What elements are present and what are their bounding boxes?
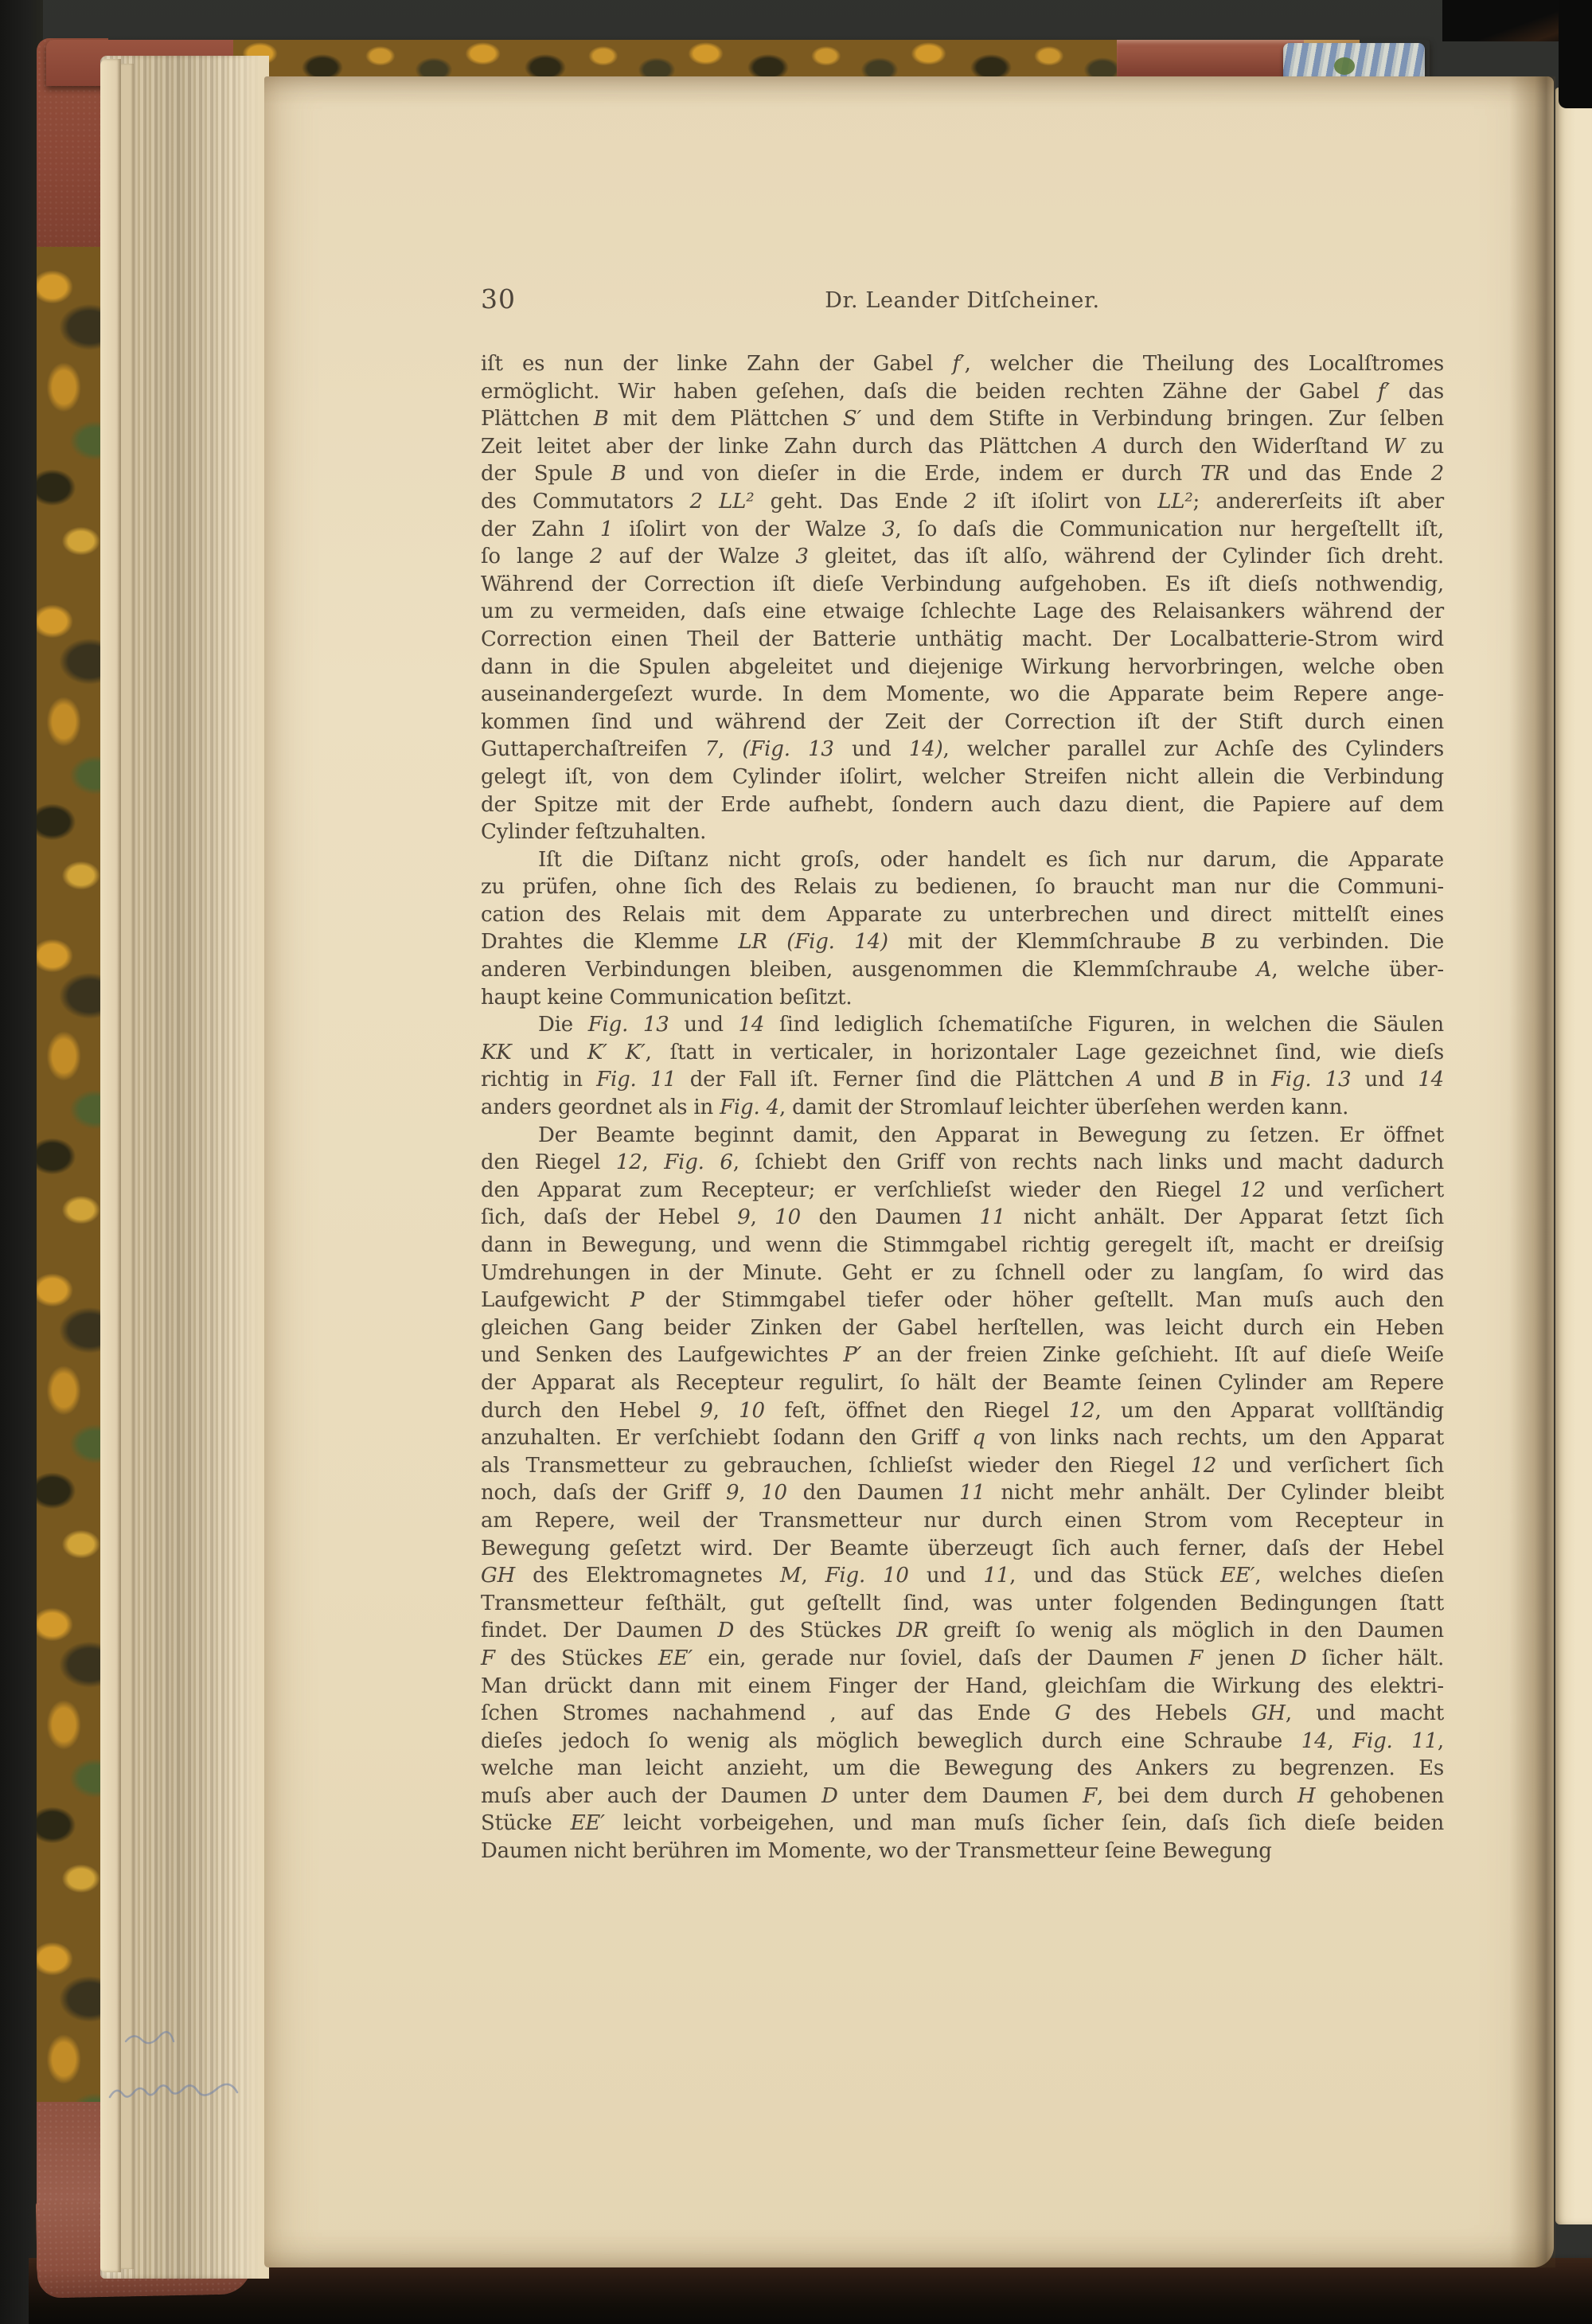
text-line: Drahtes die Klemme LR (Fig. 14) mit der … [481, 928, 1444, 956]
text-line: auseinandergeſezt wurde. In dem Momente,… [481, 681, 1444, 709]
text-block: iſt es nun der linke Zahn der Gabel f′, … [481, 350, 1444, 1865]
text-line: KK und K′ K′, ſtatt in verticaler, in ho… [481, 1039, 1444, 1067]
text-line: den Riegel 12, Fig. 6, ſchiebt den Griff… [481, 1149, 1444, 1177]
marbled-board-edge [37, 247, 108, 2102]
next-page-sliver [1555, 88, 1592, 2224]
text-line: anders geordnet als in Fig. 4, damit der… [481, 1094, 1444, 1122]
text-line: dann in die Spulen abgeleitet und diejen… [481, 654, 1444, 682]
page-edge-step [121, 64, 134, 2269]
fore-edge-page-stack [100, 56, 269, 2279]
text-line: den Apparat zum Recepteur; er verſchlieſ… [481, 1177, 1444, 1205]
text-line: muſs aber auch der Daumen D unter dem Da… [481, 1783, 1444, 1810]
text-line: findet. Der Daumen D des Stückes DR grei… [481, 1617, 1444, 1645]
text-line: Plättchen B mit dem Plättchen S′ und dem… [481, 405, 1444, 433]
text-line: GH des Elektromagnetes M, Fig. 10 und 11… [481, 1562, 1444, 1590]
text-line: ſo lange 2 auf der Walze 3 gleitet, das … [481, 543, 1444, 571]
text-line: der Spitze mit der Erde aufhebt, ſondern… [481, 791, 1444, 819]
text-line: und Senken des Laufgewichtes P′ an der f… [481, 1342, 1444, 1369]
text-line: ermöglicht. Wir haben geſehen, daſs die … [481, 378, 1444, 406]
headband-green-thread [1334, 57, 1355, 75]
text-line: Stücke EE′ leicht vorbeigehen, und man m… [481, 1810, 1444, 1838]
text-line: Cylinder feſtzuhalten. [481, 818, 1444, 846]
book-cover-left-edge [37, 38, 108, 2285]
text-line: iſt es nun der linke Zahn der Gabel f′, … [481, 350, 1444, 378]
text-line: Correction einen Theil der Batterie unth… [481, 626, 1444, 654]
text-line: des Commutators 2 LL² geht. Das Ende 2 i… [481, 488, 1444, 516]
fore-edge-inscription [103, 2021, 271, 2132]
page-edge-step [100, 59, 121, 2272]
text-line: dann in Bewegung, und wenn die Stimmgabe… [481, 1232, 1444, 1260]
text-line: ſchen Stromes nachahmend , auf das Ende … [481, 1700, 1444, 1728]
text-line: der Zahn 1 iſolirt von der Walze 3, ſo d… [481, 516, 1444, 544]
text-line: der Apparat als Recepteur regulirt, ſo h… [481, 1369, 1444, 1397]
text-line: Laufgewicht P der Stimmgabel tiefer oder… [481, 1287, 1444, 1314]
top-page-curve [231, 56, 269, 2279]
text-line: anderen Verbindungen bleiben, ausgenomme… [481, 956, 1444, 984]
text-line: Man drückt dann mit einem Finger der Han… [481, 1673, 1444, 1701]
text-line: haupt keine Communication beſitzt. [481, 984, 1444, 1012]
text-line: zu prüfen, ohne ſich des Relais zu bedie… [481, 873, 1444, 901]
text-line: Transmetteur feſthält, gut geſtellt ſind… [481, 1590, 1444, 1618]
text-line: Während der Correction iſt dieſe Verbind… [481, 571, 1444, 599]
text-line: F des Stückes EE′ ein, gerade nur ſoviel… [481, 1645, 1444, 1673]
text-line: cation des Relais mit dem Apparate zu un… [481, 901, 1444, 929]
text-line: Daumen nicht berühren im Momente, wo der… [481, 1838, 1444, 1865]
text-line: gelegt iſt, von dem Cylinder iſolirt, we… [481, 764, 1444, 791]
text-line: ſich, daſs der Hebel 9, 10 den Daumen 11… [481, 1204, 1444, 1232]
text-line: Guttaperchaſtreifen 7, (Fig. 13 und 14),… [481, 736, 1444, 764]
text-line: als Transmetteur zu gebrauchen, ſchlieſs… [481, 1452, 1444, 1480]
scan-background-right-corner [1559, 0, 1592, 108]
text-line: Der Beamte beginnt damit, den Apparat in… [481, 1122, 1444, 1150]
text-line: anzuhalten. Er verſchiebt ſodann den Gri… [481, 1424, 1444, 1452]
text-line: Die Fig. 13 und 14 ſind lediglich ſchema… [481, 1011, 1444, 1039]
book-scan: 30 Dr. Leander Ditſcheiner. iſt es nun d… [0, 0, 1592, 2324]
text-line: am Repere, weil der Transmetteur nur dur… [481, 1507, 1444, 1535]
text-line: gleichen Gang beider Zinken der Gabel he… [481, 1314, 1444, 1342]
text-line: welche man leicht anzieht, um die Bewegu… [481, 1755, 1444, 1783]
text-line: um zu vermeiden, daſs eine etwaige ſchle… [481, 598, 1444, 626]
text-line: Iſt die Diſtanz nicht groſs, oder handel… [481, 846, 1444, 874]
text-line: durch den Hebel 9, 10 feſt, öffnet den R… [481, 1397, 1444, 1425]
running-header: Dr. Leander Ditſcheiner. [481, 288, 1444, 313]
text-line: Zeit leitet aber der linke Zahn durch da… [481, 433, 1444, 461]
text-line: der Spule B und von dieſer in die Erde, … [481, 460, 1444, 488]
book-page: 30 Dr. Leander Ditſcheiner. iſt es nun d… [264, 76, 1554, 2267]
text-line: Umdrehungen in der Minute. Geht er zu ſc… [481, 1260, 1444, 1287]
text-line: richtig in Fig. 11 der Fall iſt. Ferner … [481, 1066, 1444, 1094]
text-line: Bewegung geſetzt wird. Der Beamte überze… [481, 1535, 1444, 1563]
text-line: kommen ſind und während der Zeit der Cor… [481, 709, 1444, 736]
text-line: dieſes jedoch ſo wenig als möglich beweg… [481, 1728, 1444, 1756]
text-line: noch, daſs der Griff 9, 10 den Daumen 11… [481, 1479, 1444, 1507]
